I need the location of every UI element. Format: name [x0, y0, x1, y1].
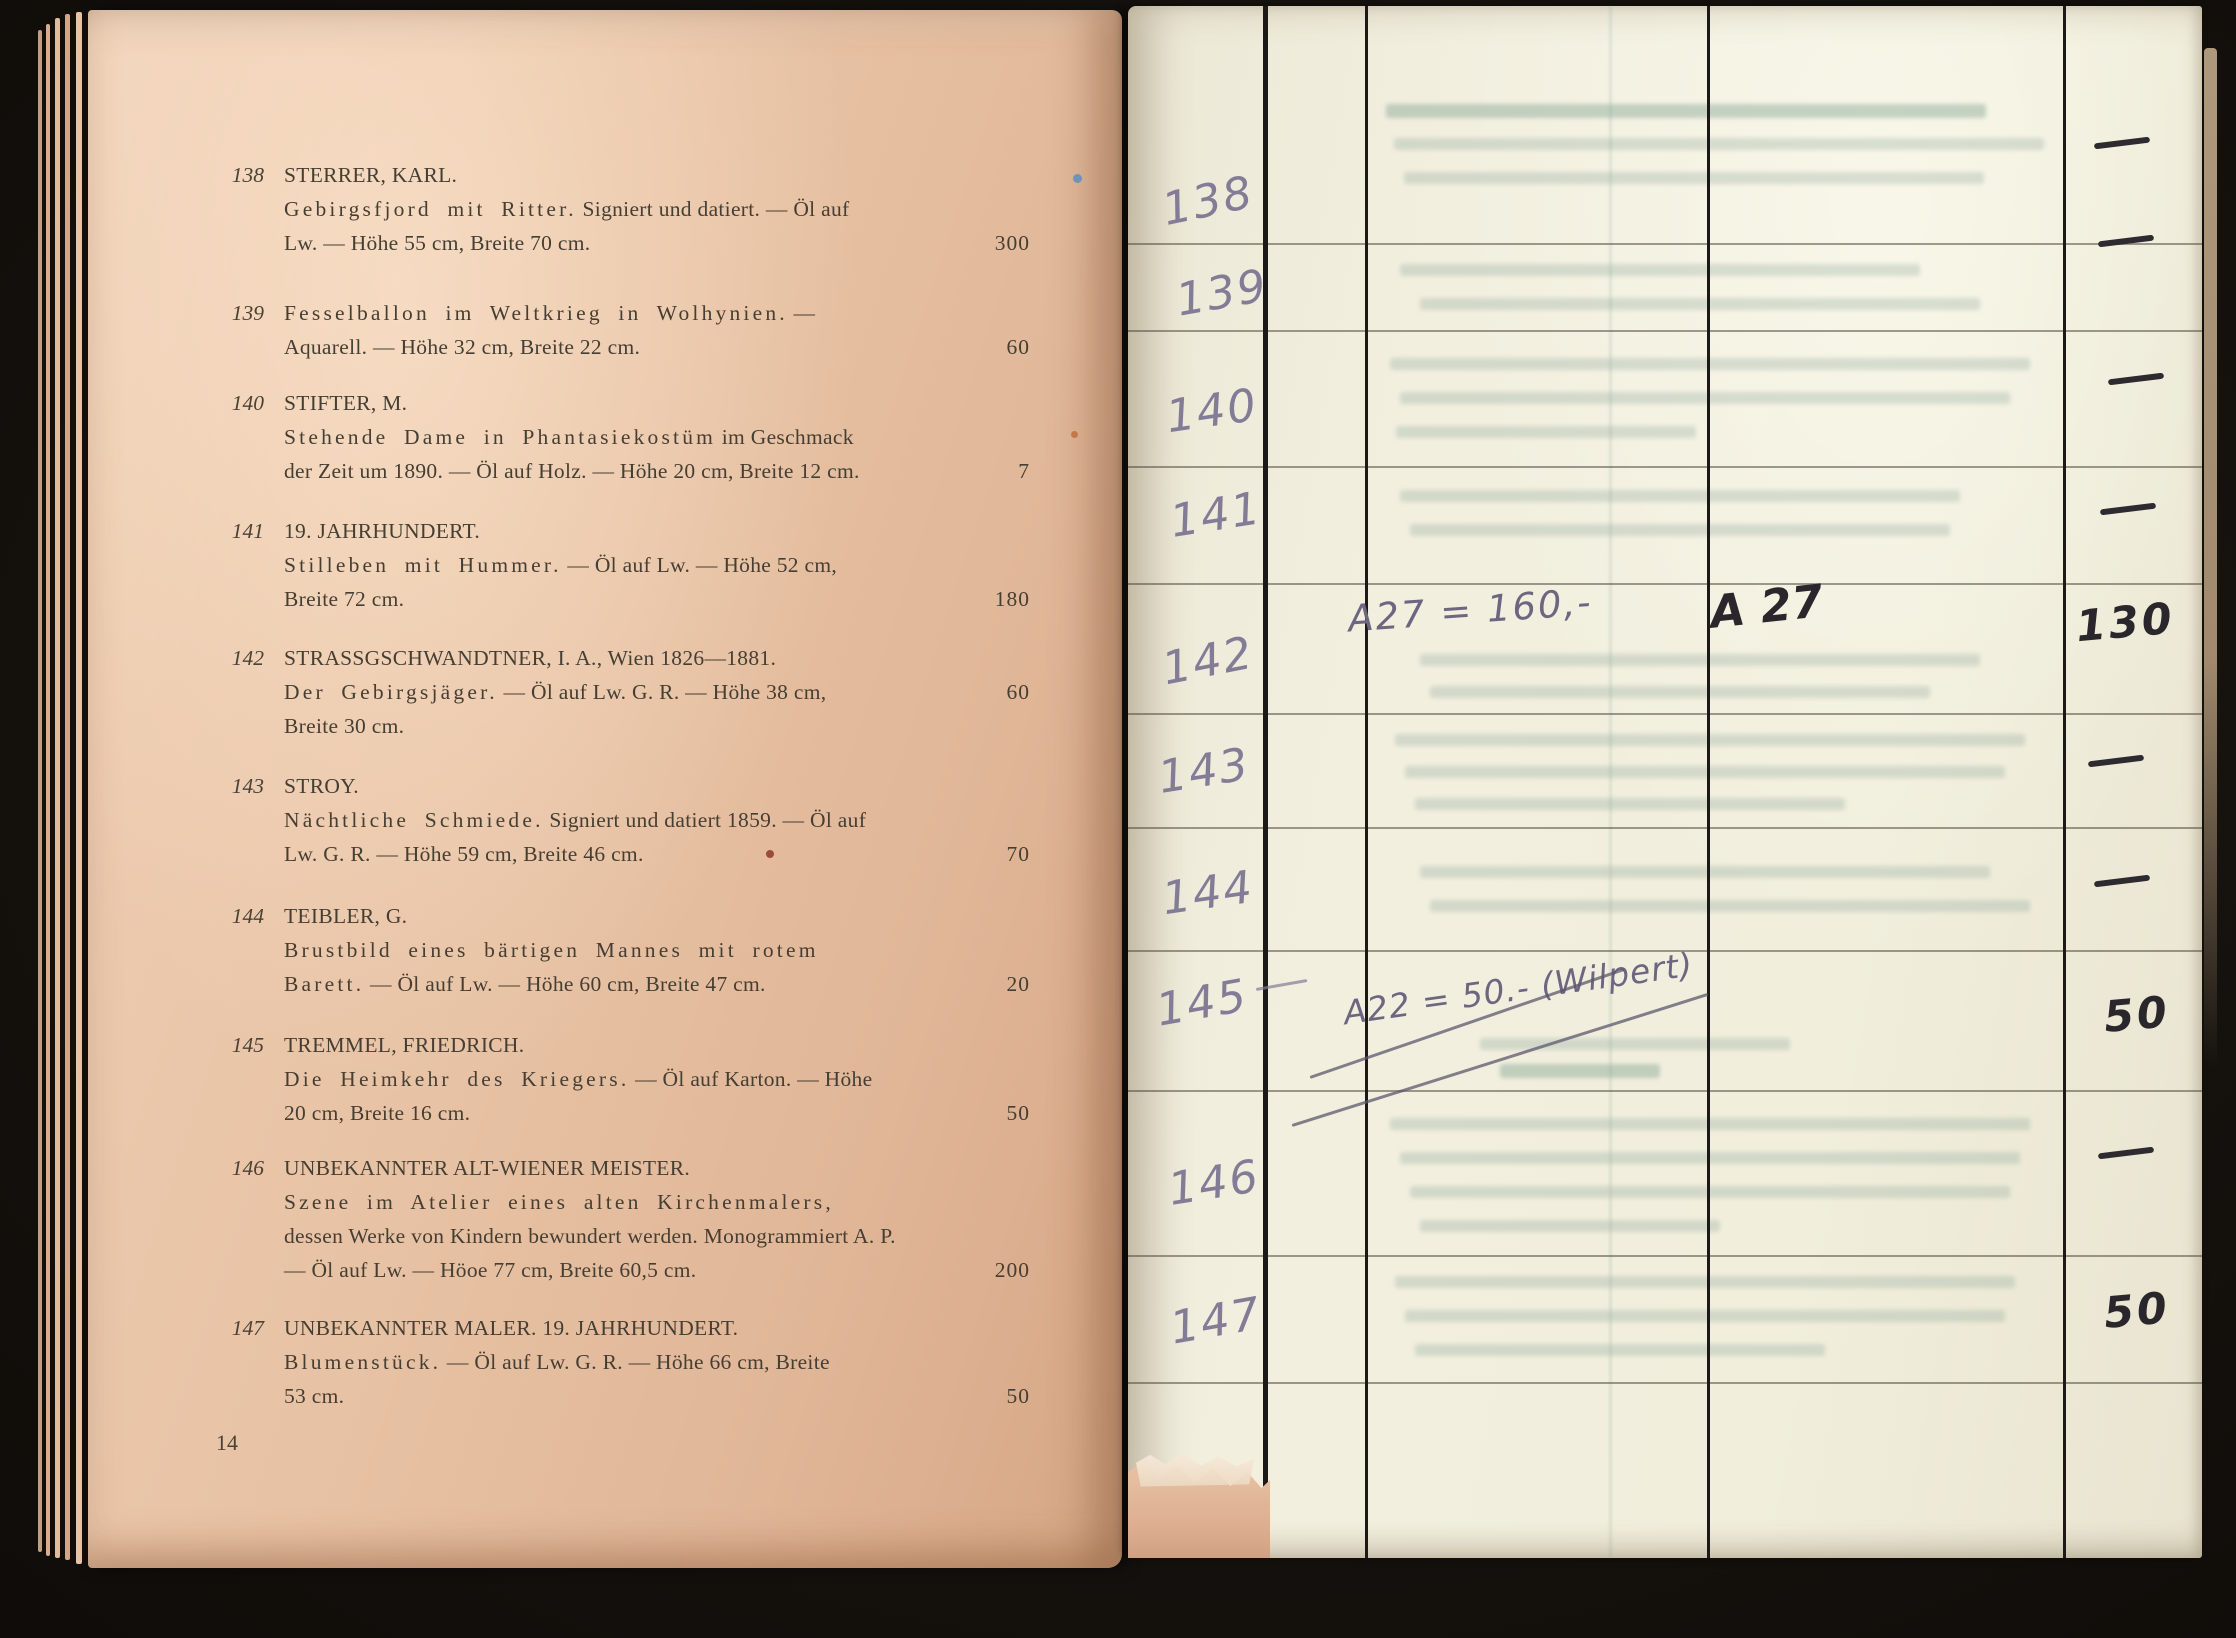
work-title-text: Gebirgsfjord mit Ritter.: [284, 197, 577, 221]
ghost-text-line: [1500, 1064, 1660, 1078]
catalog-entry: 14119. JAHRHUNDERT.Stilleben mit Hummer.…: [206, 514, 1030, 616]
ledger-row-rule: [1128, 1255, 2202, 1257]
result-dash: [2108, 373, 2164, 386]
lot-number: 140: [206, 386, 284, 488]
ghost-text-line: [1415, 798, 1845, 810]
entry-body-text: Signiert und datiert. — Öl auf: [577, 197, 850, 221]
ghost-text-line: [1396, 426, 1696, 438]
entry-body-text: — Öl auf Lw. G. R. — Höhe 66 cm, Breite: [441, 1350, 830, 1374]
entry-line: 5053 cm.: [284, 1379, 1030, 1413]
entry-line: STERRER, KARL.: [284, 158, 1030, 192]
entry-body-text: — Öl auf Karton. — Höhe: [629, 1067, 872, 1091]
entry-body-text: — Öl auf Lw. — Höhe 52 cm,: [562, 553, 837, 577]
page-number: 14: [216, 1430, 238, 1456]
entry-text: STROY.Nächtliche Schmiede. Signiert und …: [284, 769, 1030, 871]
red-speck: [766, 850, 774, 858]
book-spread: { "palette":{ "cover":"#16120e", "left_p…: [0, 0, 2236, 1638]
entry-body-text: dessen Werke von Kindern bewundert werde…: [284, 1224, 896, 1248]
ghost-text-line: [1390, 1118, 2030, 1130]
entry-body-text: TREMMEL, FRIEDRICH.: [284, 1033, 524, 1057]
entry-line: UNBEKANNTER ALT-WIENER MEISTER.: [284, 1151, 1030, 1185]
entry-body-text: —: [788, 301, 815, 325]
result-dash: [2098, 1147, 2154, 1160]
result-dash: [2098, 235, 2154, 248]
ledger-row-number: 138: [1157, 165, 1258, 236]
entry-text: STRASSGSCHWANDTNER, I. A., Wien 1826—188…: [284, 641, 1030, 743]
entry-body-text: 53 cm.: [284, 1384, 344, 1408]
ghost-text-line: [1415, 1344, 1825, 1356]
entry-line: Die Heimkehr des Kriegers. — Öl auf Kart…: [284, 1062, 1030, 1096]
pencil-note-struck: A22 = 50.- (Wilpert): [1341, 945, 1696, 1033]
entry-line: dessen Werke von Kindern bewundert werde…: [284, 1219, 1030, 1253]
entry-body-text: — Öl auf Lw. — Höhe 60 cm, Breite 47 cm.: [364, 972, 765, 996]
lot-number: 139: [206, 296, 284, 364]
work-title-text: Stehende Dame in Phantasiekostüm: [284, 425, 716, 449]
entry-body-text: im Geschmack: [716, 425, 854, 449]
entry-body-text: UNBEKANNTER MALER. 19. JAHRHUNDERT.: [284, 1316, 738, 1340]
entry-line: Stilleben mit Hummer. — Öl auf Lw. — Höh…: [284, 548, 1030, 582]
entry-body-text: — Öl auf Lw. G. R. — Höhe 38 cm,: [498, 680, 827, 704]
catalog-entry: 147UNBEKANNTER MALER. 19. JAHRHUNDERT.Bl…: [206, 1311, 1030, 1413]
catalog-entry: 143STROY.Nächtliche Schmiede. Signiert u…: [206, 769, 1030, 871]
catalog-page: 138STERRER, KARL.Gebirgsfjord mit Ritter…: [88, 10, 1122, 1568]
ghost-text-line: [1395, 1276, 2015, 1288]
entry-body-text: UNBEKANNTER ALT-WIENER MEISTER.: [284, 1156, 690, 1180]
entry-body-text: Signiert und datiert 1859. — Öl auf: [544, 808, 867, 832]
entry-line: 19. JAHRHUNDERT.: [284, 514, 1030, 548]
entry-text: UNBEKANNTER MALER. 19. JAHRHUNDERT.Blume…: [284, 1311, 1030, 1413]
entry-text: Fesselballon im Weltkrieg in Wolhynien. …: [284, 296, 1030, 364]
ghost-text-line: [1400, 264, 1920, 276]
catalog-entry: 139Fesselballon im Weltkrieg in Wolhynie…: [206, 296, 1030, 364]
entry-line: 20Barett. — Öl auf Lw. — Höhe 60 cm, Bre…: [284, 967, 1030, 1001]
entry-line: Stehende Dame in Phantasiekostüm im Gesc…: [284, 420, 1030, 454]
entry-line: 7der Zeit um 1890. — Öl auf Holz. — Höhe…: [284, 454, 1030, 488]
result-dash: [2094, 137, 2150, 150]
result-value: 50: [2102, 987, 2172, 1043]
price-estimate: 50: [1007, 1096, 1031, 1130]
page-edge-stack: [76, 12, 82, 1564]
work-title-text: Fesselballon im Weltkrieg in Wolhynien.: [284, 301, 788, 325]
entry-line: 70Lw. G. R. — Höhe 59 cm, Breite 46 cm.: [284, 837, 1030, 871]
entry-line: Nächtliche Schmiede. Signiert und datier…: [284, 803, 1030, 837]
ghost-text-line: [1410, 524, 1950, 536]
entry-body-text: STIFTER, M.: [284, 391, 407, 415]
lot-number: 141: [206, 514, 284, 616]
work-title-text: Die Heimkehr des Kriegers.: [284, 1067, 629, 1091]
work-title-text: Blumenstück.: [284, 1350, 441, 1374]
entry-text: UNBEKANNTER ALT-WIENER MEISTER.Szene im …: [284, 1151, 1030, 1287]
result-dash: [2094, 875, 2150, 888]
price-estimate: 60: [1007, 330, 1031, 364]
price-estimate: 50: [1007, 1379, 1031, 1413]
entry-body-text: STRASSGSCHWANDTNER, I. A., Wien 1826—188…: [284, 646, 776, 670]
ledger-row-number: 147: [1166, 1286, 1266, 1354]
ghost-text-line: [1420, 1220, 1720, 1232]
ledger-row-rule: [1128, 827, 2202, 829]
ledger-row-rule: [1128, 1382, 2202, 1384]
result-dash: [2088, 755, 2144, 768]
ledger-page: 138139140141142130A27 = 160,-A 271431441…: [1128, 6, 2202, 1558]
price-estimate: 300: [995, 226, 1030, 260]
ledger-row-number: 139: [1172, 258, 1272, 326]
ghost-text-line: [1420, 866, 1990, 878]
entry-line: 60Der Gebirgsjäger. — Öl auf Lw. G. R. —…: [284, 675, 1030, 709]
ledger-row-rule: [1128, 713, 2202, 715]
entry-body-text: der Zeit um 1890. — Öl auf Holz. — Höhe …: [284, 459, 860, 483]
catalog-entry: 144TEIBLER, G.Brustbild eines bärtigen M…: [206, 899, 1030, 1001]
lot-number: 142: [206, 641, 284, 743]
ghost-text-line: [1480, 1038, 1790, 1050]
result-value: 50: [2102, 1283, 2172, 1339]
work-title-text: Barett.: [284, 972, 364, 996]
entry-line: Fesselballon im Weltkrieg in Wolhynien. …: [284, 296, 1030, 330]
ledger-row-rule: [1128, 466, 2202, 468]
entry-line: STROY.: [284, 769, 1030, 803]
page-edge-stack: [55, 18, 60, 1558]
price-estimate: 7: [1018, 454, 1030, 488]
lot-number: 146: [206, 1151, 284, 1287]
ghost-text-line: [1400, 1152, 2020, 1164]
entry-body-text: — Öl auf Lw. — Höoe 77 cm, Breite 60,5 c…: [284, 1258, 696, 1282]
entry-line: 180Breite 72 cm.: [284, 582, 1030, 616]
catalog-entry: 138STERRER, KARL.Gebirgsfjord mit Ritter…: [206, 158, 1030, 260]
ink-note: A 27: [1708, 574, 1826, 639]
lot-number: 147: [206, 1311, 284, 1413]
work-title-text: Nächtliche Schmiede.: [284, 808, 544, 832]
ghost-text-line: [1430, 686, 1930, 698]
entry-line: Breite 30 cm.: [284, 709, 1030, 743]
entry-line: 300Lw. — Höhe 55 cm, Breite 70 cm.: [284, 226, 1030, 260]
ghost-text-line: [1395, 734, 2025, 746]
price-estimate: 200: [995, 1253, 1030, 1287]
lot-number: 143: [206, 769, 284, 871]
ghost-text-line: [1420, 298, 1980, 310]
ledger-row-rule: [1128, 1090, 2202, 1092]
orange-speck: [1071, 431, 1078, 438]
entry-body-text: Lw. G. R. — Höhe 59 cm, Breite 46 cm.: [284, 842, 644, 866]
entry-line: Brustbild eines bärtigen Mannes mit rote…: [284, 933, 1030, 967]
page-edge-stack: [46, 24, 50, 1556]
catalog-entry: 142STRASSGSCHWANDTNER, I. A., Wien 1826—…: [206, 641, 1030, 743]
page-edge-sliver: [2204, 48, 2217, 1068]
entry-body-text: STROY.: [284, 774, 359, 798]
ledger-row-number: 141: [1166, 481, 1265, 548]
ledger-row-number: 145: [1152, 968, 1252, 1036]
ghost-text-line: [1386, 104, 1986, 118]
price-estimate: 70: [1007, 837, 1031, 871]
ledger-row-number: 143: [1154, 737, 1253, 804]
entry-text: 19. JAHRHUNDERT.Stilleben mit Hummer. — …: [284, 514, 1030, 616]
show-through-rule: [1609, 6, 1612, 1558]
work-title-text: Stilleben mit Hummer.: [284, 553, 562, 577]
entry-text: TEIBLER, G.Brustbild eines bärtigen Mann…: [284, 899, 1030, 1001]
entry-text: STIFTER, M.Stehende Dame in Phantasiekos…: [284, 386, 1030, 488]
ledger-row-number: 142: [1158, 626, 1258, 696]
entry-body-text: STERRER, KARL.: [284, 163, 457, 187]
ghost-text-line: [1420, 654, 1980, 666]
ledger-row-number: 144: [1159, 860, 1257, 925]
entry-line: 5020 cm, Breite 16 cm.: [284, 1096, 1030, 1130]
entry-body-text: 19. JAHRHUNDERT.: [284, 519, 480, 543]
price-estimate: 20: [1007, 967, 1031, 1001]
page-edge-stack: [65, 14, 70, 1560]
ledger-row-rule: [1128, 330, 2202, 332]
entry-line: TEIBLER, G.: [284, 899, 1030, 933]
ledger-row-rule: [1128, 243, 2202, 245]
ghost-text-line: [1400, 490, 1960, 502]
ghost-text-line: [1404, 172, 1984, 184]
ledger-row-number: 146: [1164, 1149, 1263, 1216]
lot-number: 145: [206, 1028, 284, 1130]
entry-line: Gebirgsfjord mit Ritter. Signiert und da…: [284, 192, 1030, 226]
ledger-row-number: 140: [1163, 378, 1261, 443]
pencil-note: A27 = 160,-: [1347, 581, 1594, 641]
ledger-column-rule: [2063, 6, 2066, 1558]
entry-text: STERRER, KARL.Gebirgsfjord mit Ritter. S…: [284, 158, 1030, 260]
page-edge-stack: [38, 30, 42, 1552]
entry-body-text: Breite 72 cm.: [284, 587, 404, 611]
entry-body-text: Breite 30 cm.: [284, 714, 404, 738]
entry-line: Szene im Atelier eines alten Kirchenmale…: [284, 1185, 1030, 1219]
entry-line: 200— Öl auf Lw. — Höoe 77 cm, Breite 60,…: [284, 1253, 1030, 1287]
entry-body-text: 20 cm, Breite 16 cm.: [284, 1101, 470, 1125]
entry-body-text: Aquarell. — Höhe 32 cm, Breite 22 cm.: [284, 335, 640, 359]
ghost-text-line: [1405, 766, 2005, 778]
entry-line: TREMMEL, FRIEDRICH.: [284, 1028, 1030, 1062]
ledger-column-rule: [1263, 6, 1268, 1558]
catalog-entry: 145TREMMEL, FRIEDRICH.Die Heimkehr des K…: [206, 1028, 1030, 1130]
work-title-text: Brustbild eines bärtigen Mannes mit rote…: [284, 938, 819, 962]
entry-body-text: TEIBLER, G.: [284, 904, 407, 928]
work-title-text: Der Gebirgsjäger.: [284, 680, 498, 704]
result-value: 130: [2074, 594, 2177, 652]
catalog-entry: 140STIFTER, M.Stehende Dame in Phantasie…: [206, 386, 1030, 488]
lot-number: 144: [206, 899, 284, 1001]
entry-line: Blumenstück. — Öl auf Lw. G. R. — Höhe 6…: [284, 1345, 1030, 1379]
ghost-text-line: [1400, 392, 2010, 404]
entry-line: STIFTER, M.: [284, 386, 1030, 420]
ghost-text-line: [1394, 138, 2044, 150]
torn-paper-fragment: [1136, 1452, 1254, 1488]
price-estimate: 60: [1007, 675, 1031, 709]
blue-ink-speck: [1073, 174, 1082, 183]
entry-body-text: Lw. — Höhe 55 cm, Breite 70 cm.: [284, 231, 590, 255]
ledger-column-rule: [1707, 6, 1710, 1558]
entry-text: TREMMEL, FRIEDRICH.Die Heimkehr des Krie…: [284, 1028, 1030, 1130]
ghost-text-line: [1410, 1186, 2010, 1198]
entry-line: 60Aquarell. — Höhe 32 cm, Breite 22 cm.: [284, 330, 1030, 364]
entry-line: STRASSGSCHWANDTNER, I. A., Wien 1826—188…: [284, 641, 1030, 675]
entry-line: UNBEKANNTER MALER. 19. JAHRHUNDERT.: [284, 1311, 1030, 1345]
ghost-text-line: [1430, 900, 2030, 912]
lot-number: 138: [206, 158, 284, 260]
result-dash: [2100, 503, 2156, 516]
work-title-text: Szene im Atelier eines alten Kirchenmale…: [284, 1190, 834, 1214]
catalog-entry: 146UNBEKANNTER ALT-WIENER MEISTER.Szene …: [206, 1151, 1030, 1287]
ghost-text-line: [1390, 358, 2030, 370]
price-estimate: 180: [995, 582, 1030, 616]
ledger-column-rule: [1365, 6, 1368, 1558]
ledger-row-rule: [1128, 583, 2202, 585]
ghost-text-line: [1405, 1310, 2005, 1322]
